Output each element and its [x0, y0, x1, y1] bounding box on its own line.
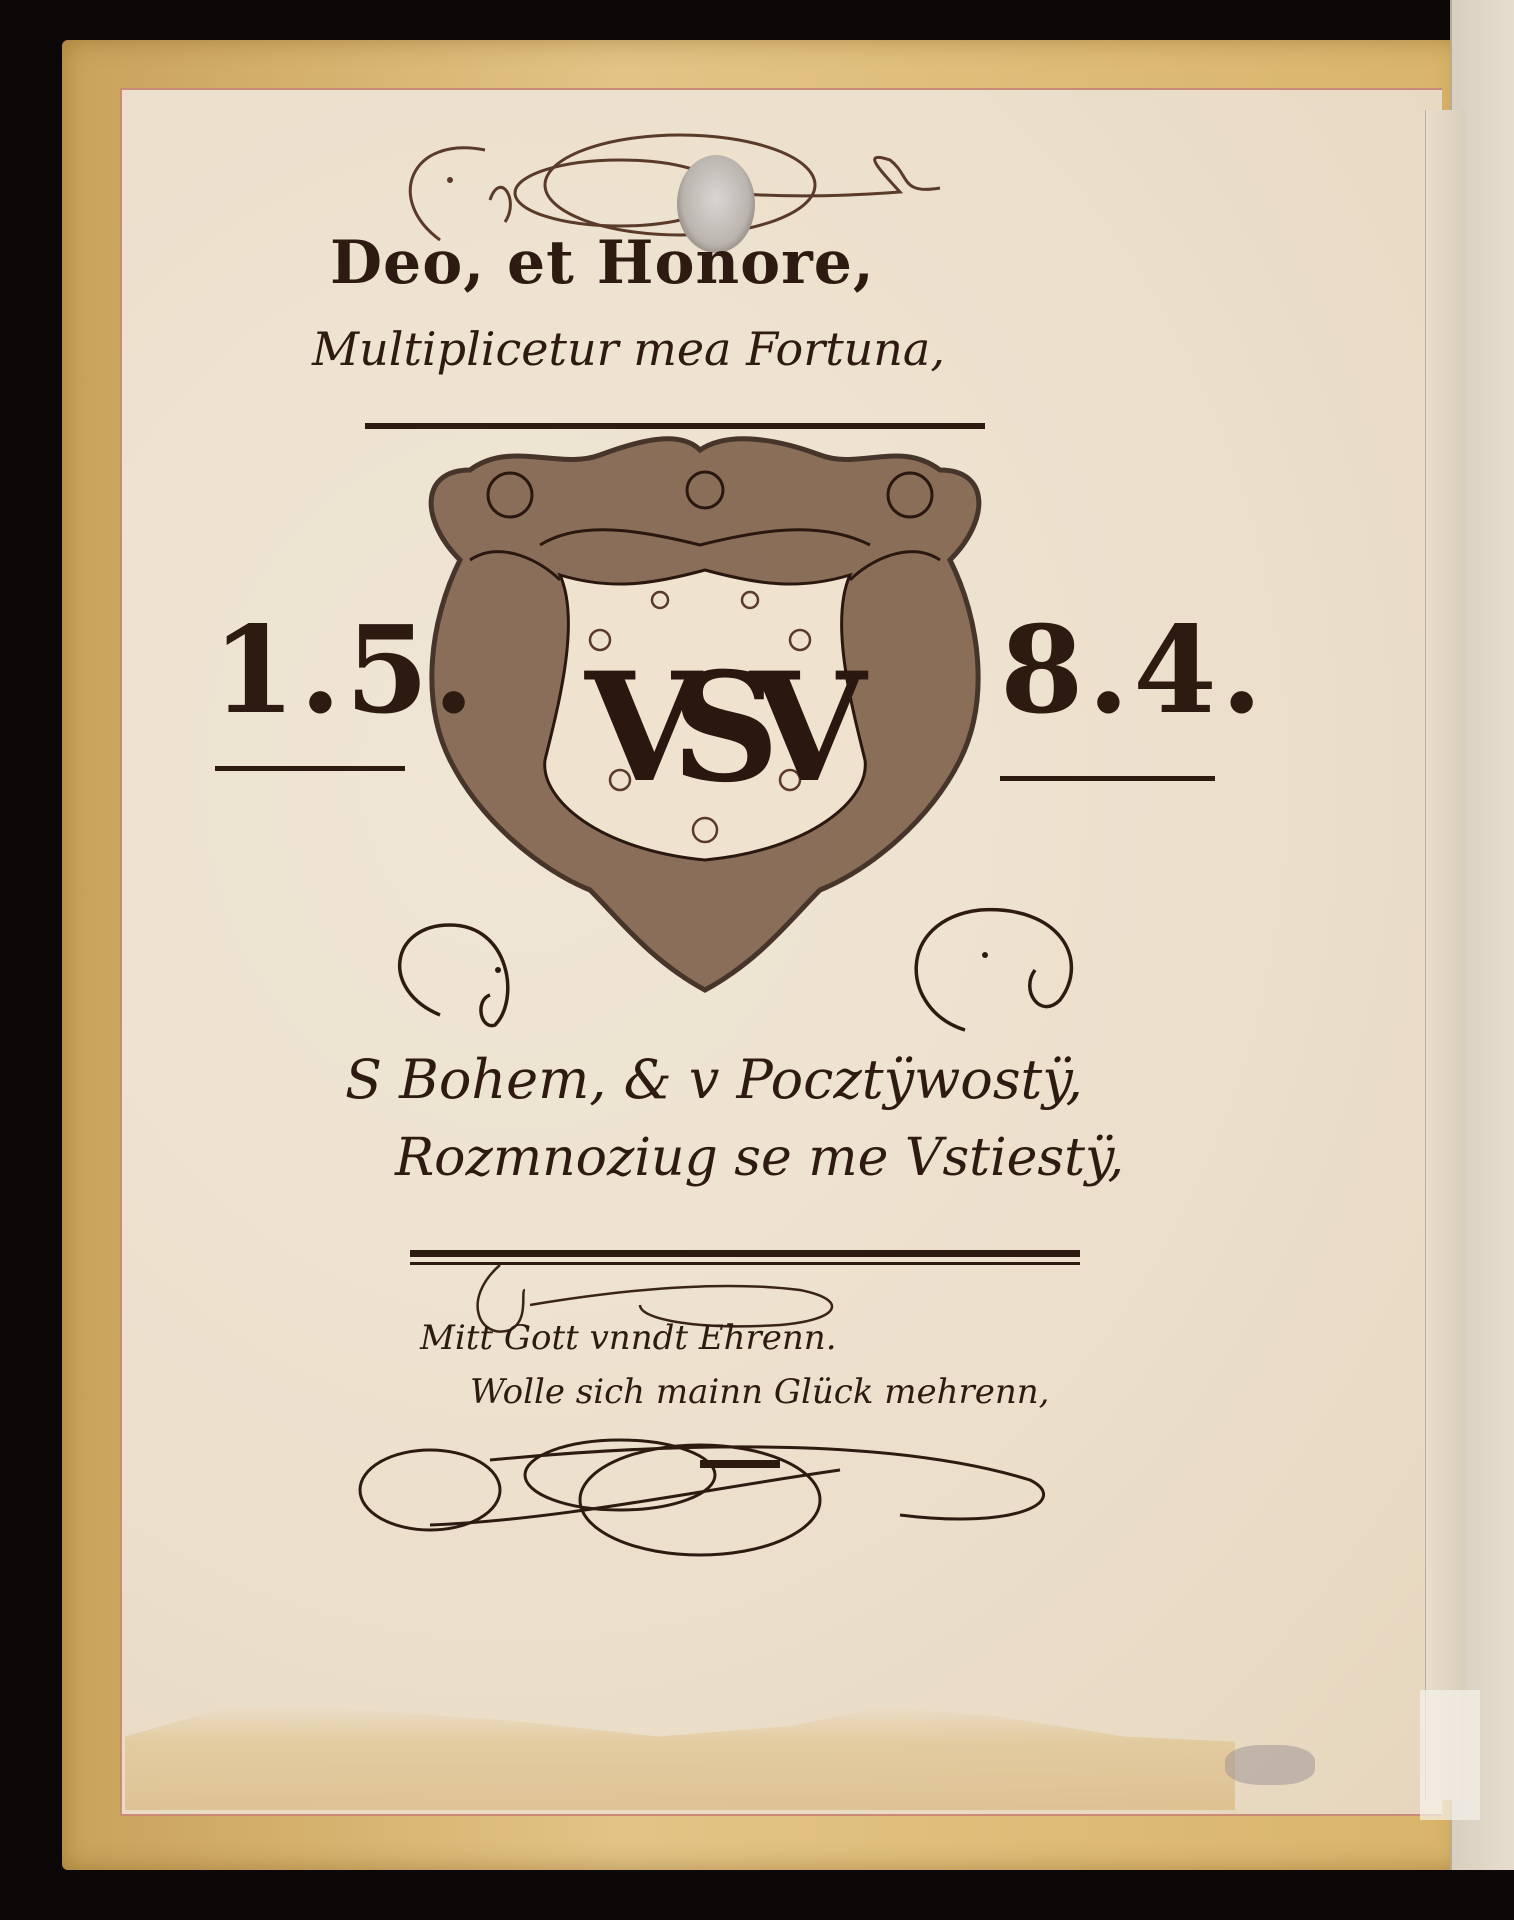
grey-stain — [1225, 1745, 1315, 1785]
bottom-flourish-icon — [0, 0, 1514, 1700]
repair-tissue — [1420, 1690, 1480, 1820]
